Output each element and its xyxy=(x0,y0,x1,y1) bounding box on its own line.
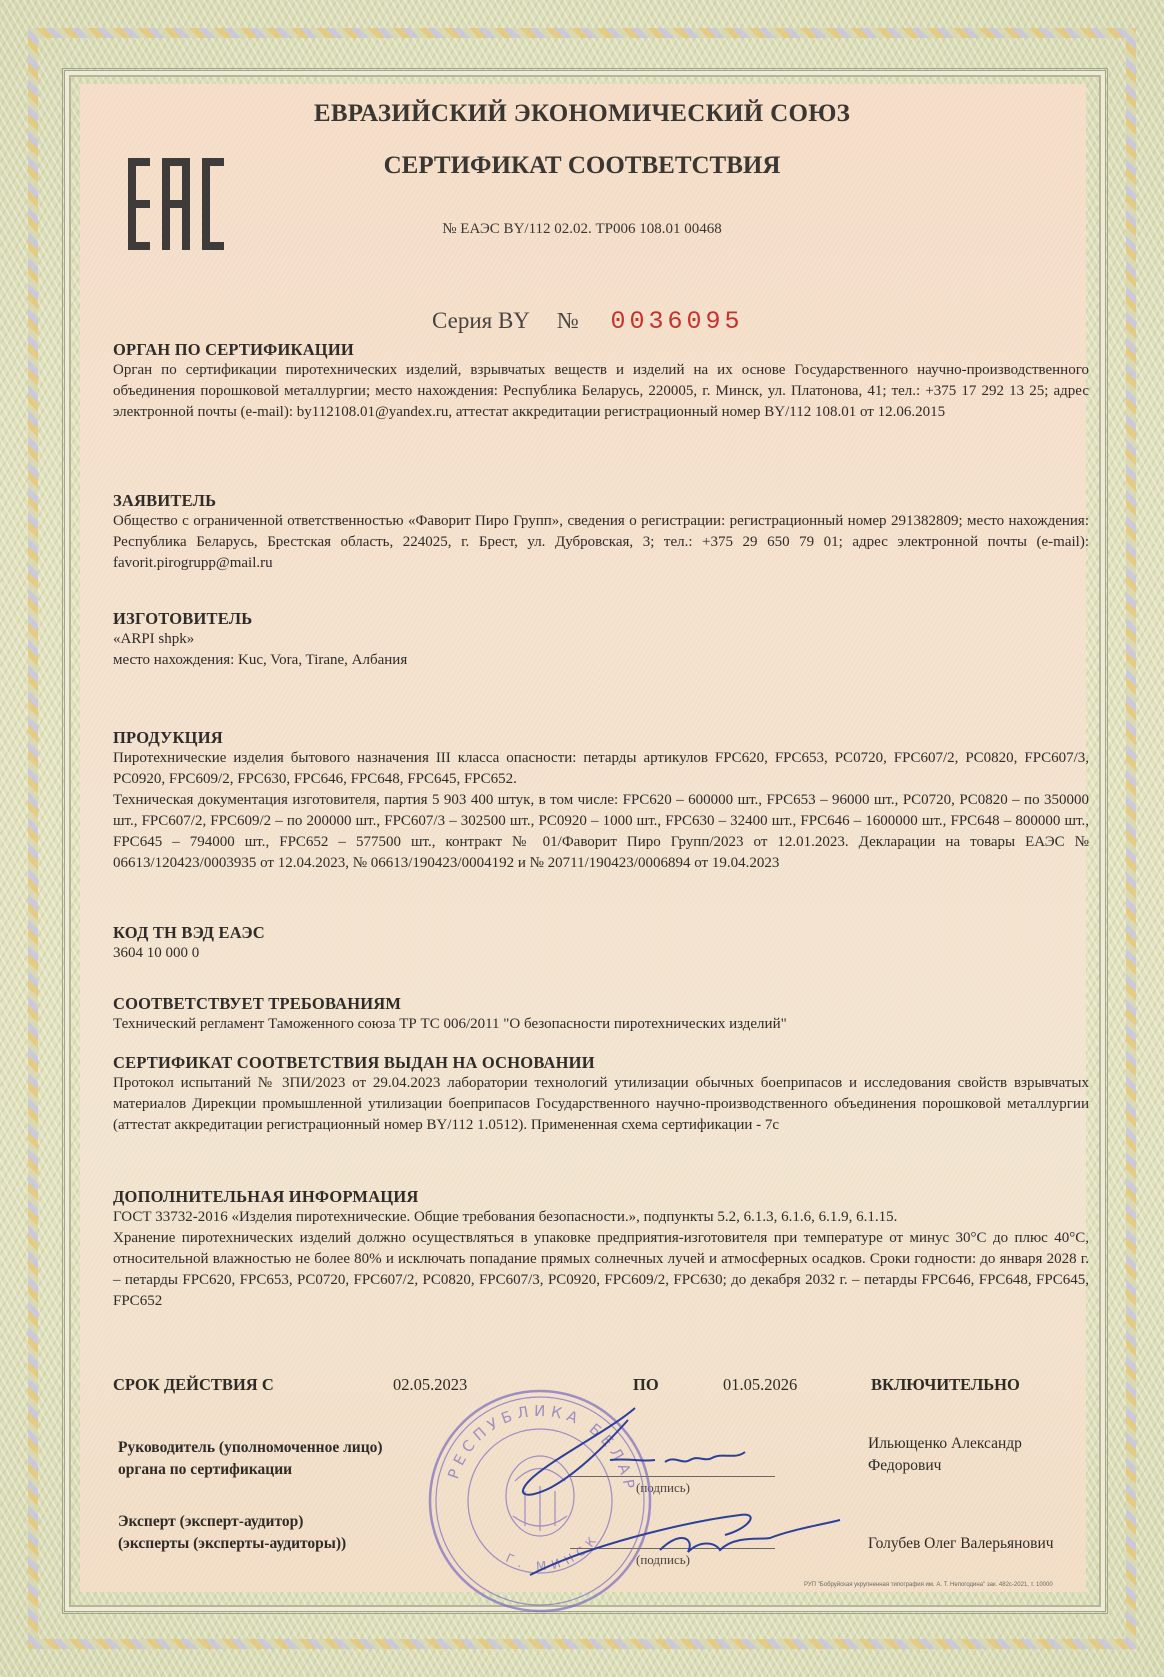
signatory-head-role: Руководитель (уполномоченное лицо) орган… xyxy=(118,1437,383,1481)
section-applicant: ЗАЯВИТЕЛЬ Общество с ограниченной ответс… xyxy=(113,490,1089,574)
handwritten-signature-expert xyxy=(520,1500,850,1590)
signatory-expert-role: Эксперт (эксперт-аудитор) (эксперты (экс… xyxy=(118,1511,346,1555)
section-hs-code: КОД ТН ВЭД ЕАЭС 3604 10 000 0 xyxy=(113,922,1089,964)
section-title: КОД ТН ВЭД ЕАЭС xyxy=(113,922,1089,943)
validity-from-label: СРОК ДЕЙСТВИЯ С xyxy=(113,1375,274,1395)
section-additional-info: ДОПОЛНИТЕЛЬНАЯ ИНФОРМАЦИЯ ГОСТ 33732-201… xyxy=(113,1186,1089,1312)
number-sign: № xyxy=(557,308,579,333)
signatory-expert-name: Голубев Олег Валерьянович xyxy=(868,1533,1054,1555)
signatory-head-name: Ильющенко Александр Федорович xyxy=(868,1433,1022,1477)
series-label: Серия BY xyxy=(432,308,529,333)
printer-note: РУП "Бобруйская укрупненная типография и… xyxy=(804,1582,1053,1588)
products-description: Пиротехнические изделия бытового назначе… xyxy=(113,748,1089,790)
section-body: Технический регламент Таможенного союза … xyxy=(113,1014,1089,1035)
section-body: Протокол испытаний № 3ПИ/2023 от 29.04.2… xyxy=(113,1073,1089,1136)
hs-code-value: 3604 10 000 0 xyxy=(113,943,1089,964)
section-title: СЕРТИФИКАТ СООТВЕТСТВИЯ ВЫДАН НА ОСНОВАН… xyxy=(113,1052,1089,1073)
products-documentation: Техническая документация изготовителя, п… xyxy=(113,790,1089,874)
validity-inclusive-label: ВКЛЮЧИТЕЛЬНО xyxy=(871,1375,1020,1395)
section-manufacturer: ИЗГОТОВИТЕЛЬ «ARPI shpk» место нахождени… xyxy=(113,608,1089,671)
series-line: Серия BY № 0036095 xyxy=(432,307,744,336)
section-title: ИЗГОТОВИТЕЛЬ xyxy=(113,608,1089,629)
section-title: ОРГАН ПО СЕРТИФИКАЦИИ xyxy=(113,339,1089,360)
manufacturer-name: «ARPI shpk» xyxy=(113,629,1089,650)
validity-date-to: 01.05.2026 xyxy=(723,1375,797,1395)
section-title: ДОПОЛНИТЕЛЬНАЯ ИНФОРМАЦИЯ xyxy=(113,1186,1089,1207)
handwritten-signature-head xyxy=(490,1400,790,1510)
manufacturer-location: место нахождения: Kuc, Vora, Tirane, Алб… xyxy=(113,650,1089,671)
gost-reference: ГОСТ 33732-2016 «Изделия пиротехнические… xyxy=(113,1207,1089,1228)
section-products: ПРОДУКЦИЯ Пиротехнические изделия бытово… xyxy=(113,727,1089,874)
section-title: СООТВЕТСТВУЕТ ТРЕБОВАНИЯМ xyxy=(113,993,1089,1014)
section-title: ЗАЯВИТЕЛЬ xyxy=(113,490,1089,511)
section-complies-with: СООТВЕТСТВУЕТ ТРЕБОВАНИЯМ Технический ре… xyxy=(113,993,1089,1035)
section-certification-body: ОРГАН ПО СЕРТИФИКАЦИИ Орган по сертифика… xyxy=(113,339,1089,423)
section-title: ПРОДУКЦИЯ xyxy=(113,727,1089,748)
storage-conditions: Хранение пиротехнических изделий должно … xyxy=(113,1228,1089,1312)
serial-number: 0036095 xyxy=(611,307,744,336)
section-issued-basis: СЕРТИФИКАТ СООТВЕТСТВИЯ ВЫДАН НА ОСНОВАН… xyxy=(113,1052,1089,1136)
certificate-number: № ЕАЭС BY/112 02.02. ТР006 108.01 00468 xyxy=(0,221,1164,238)
document-title: СЕРТИФИКАТ СООТВЕТСТВИЯ xyxy=(0,152,1164,180)
union-title: ЕВРАЗИЙСКИЙ ЭКОНОМИЧЕСКИЙ СОЮЗ xyxy=(0,100,1164,128)
section-body: Общество с ограниченной ответственностью… xyxy=(113,511,1089,574)
section-body: Орган по сертификации пиротехнических из… xyxy=(113,360,1089,423)
